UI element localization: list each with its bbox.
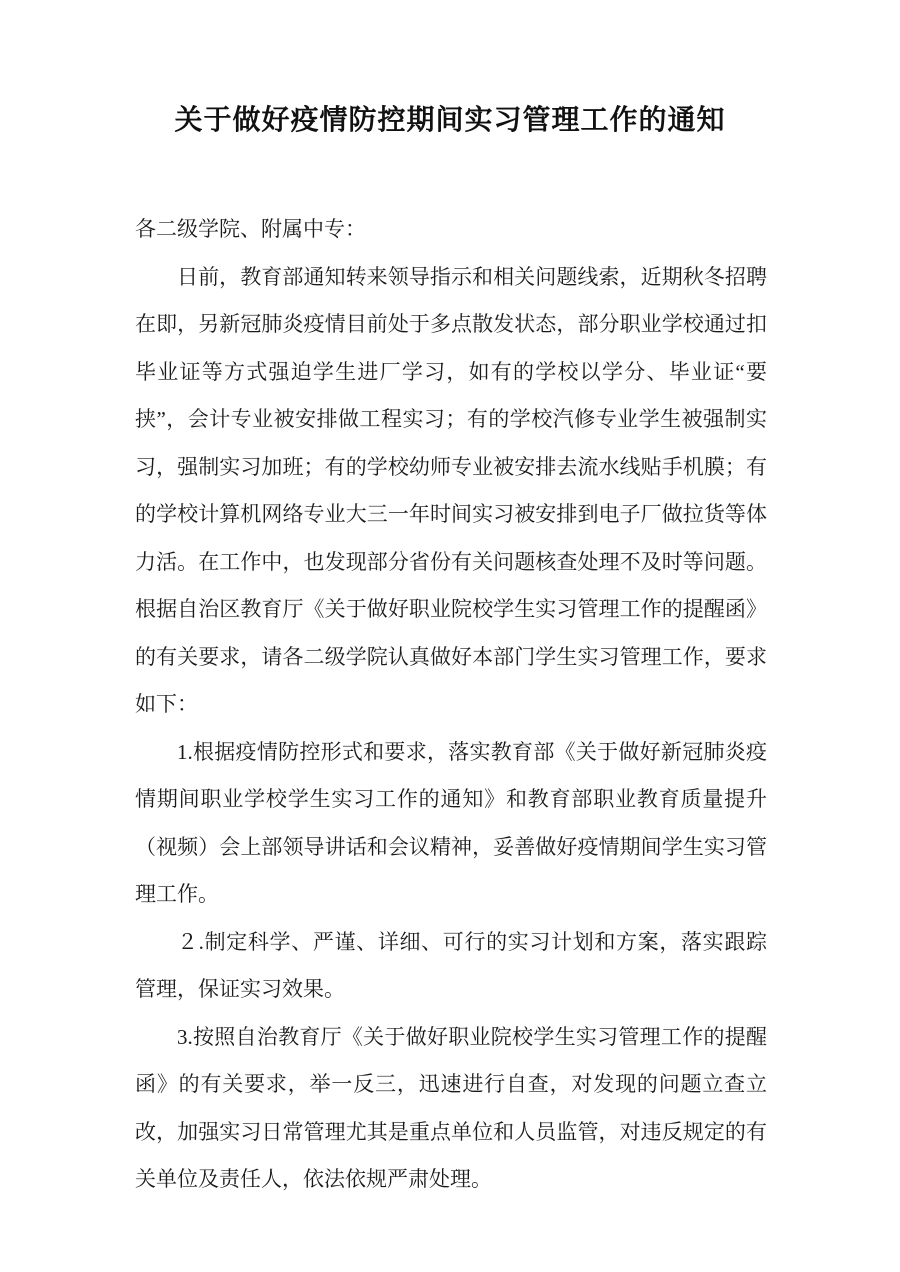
document-title: 关于做好疫情防控期间实习管理工作的通知 — [135, 103, 765, 138]
salutation-line: 各二级学院、附属中专： — [135, 206, 767, 254]
list-item-1: 1.根据疫情防控形式和要求，落实教育部《关于做好新冠肺炎疫情期间职业学校学生实习… — [135, 729, 767, 919]
list-item-2: ２.制定科学、严谨、详细、可行的实习计划和方案，落实跟踪管理，保证实习效果。 — [135, 919, 767, 1014]
document-body: 各二级学院、附属中专： 日前，教育部通知转来领导指示和相关问题线索，近期秋冬招聘… — [135, 206, 767, 1204]
document-page: 关于做好疫情防控期间实习管理工作的通知 各二级学院、附属中专： 日前，教育部通知… — [0, 0, 900, 1272]
paragraph-intro: 日前，教育部通知转来领导指示和相关问题线索，近期秋冬招聘在即，另新冠肺炎疫情目前… — [135, 254, 767, 729]
list-item-3: 3.按照自治教育厅《关于做好职业院校学生实习管理工作的提醒函》的有关要求，举一反… — [135, 1014, 767, 1204]
